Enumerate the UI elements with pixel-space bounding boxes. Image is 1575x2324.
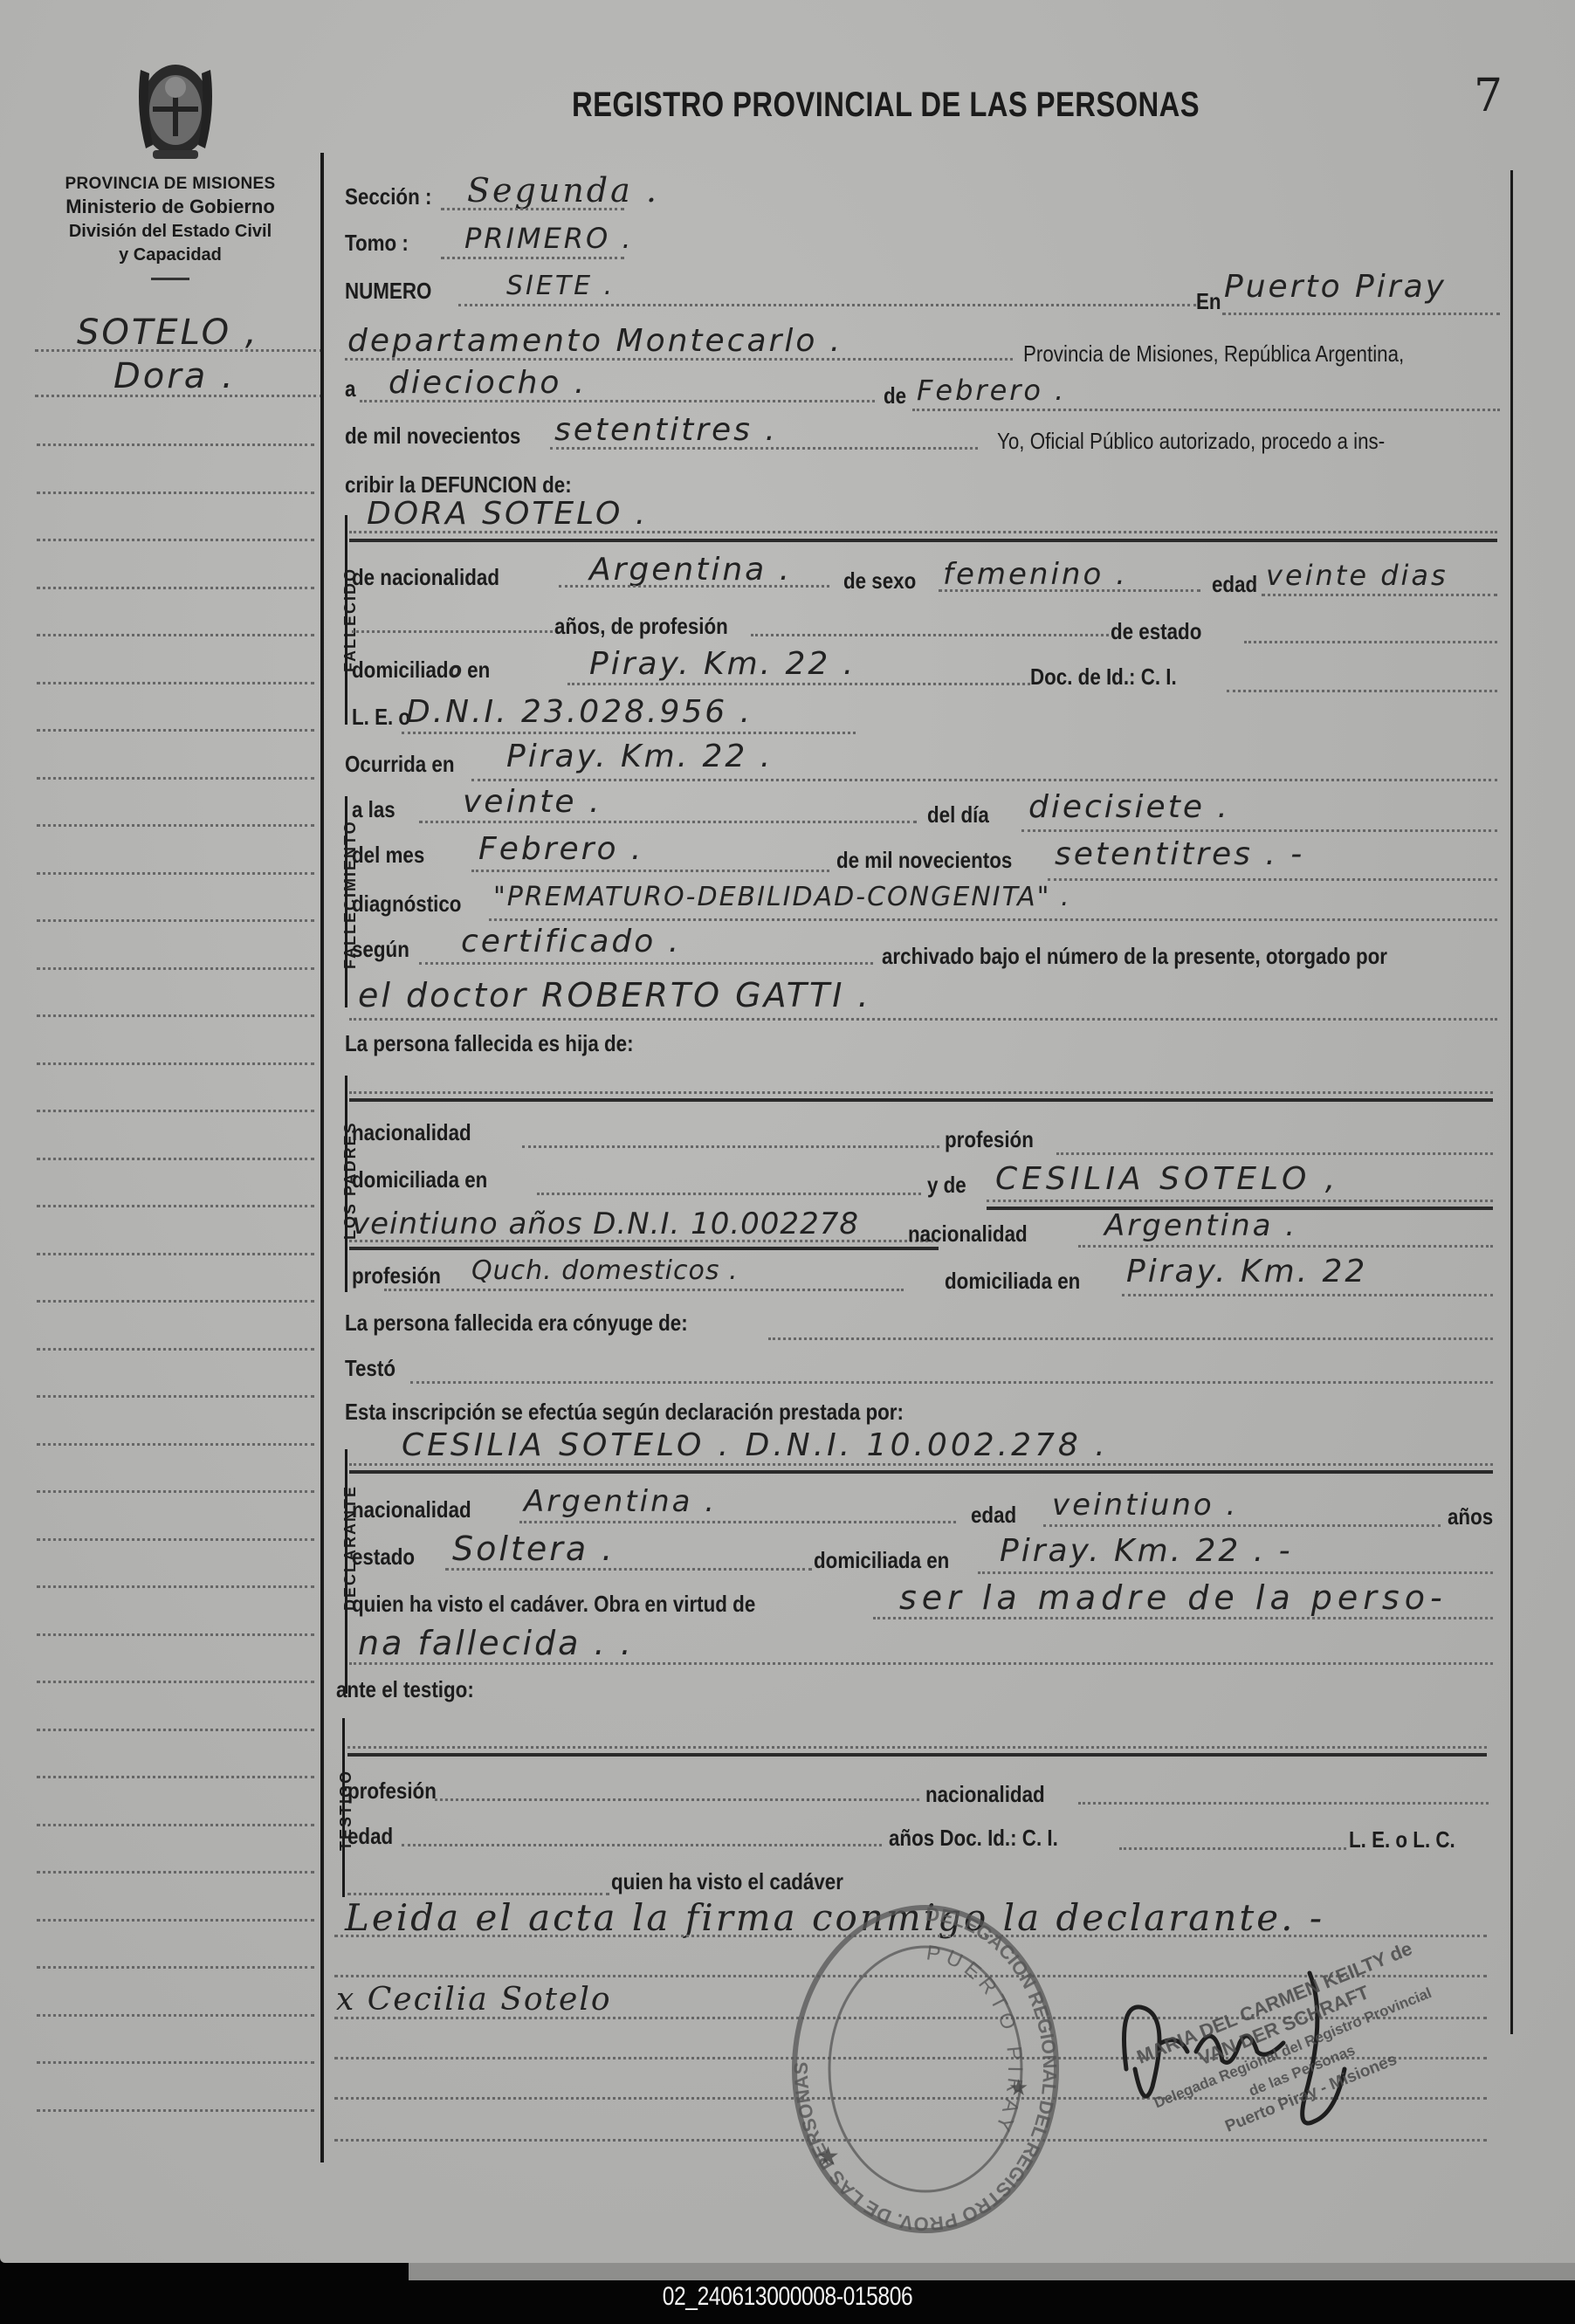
margin-line <box>37 872 314 875</box>
inscribir-text: cribir la DEFUNCION de: <box>345 471 572 498</box>
anio-label: de mil novecientos <box>345 423 520 450</box>
edad-label: edad <box>1212 571 1257 598</box>
archivado-text: archivado bajo el número de la presente,… <box>882 943 1387 970</box>
margin-line <box>37 1681 314 1683</box>
segun-value: certificado . <box>461 924 681 959</box>
page-edge <box>409 2263 1575 2280</box>
field-line <box>458 304 1196 306</box>
madre-nacionalidad-value: Argentina . <box>1104 1208 1297 1243</box>
fallecido-nombre: DORA SOTELO . <box>367 496 648 532</box>
declarante-estado-value: Soltera . <box>452 1530 615 1568</box>
letterhead-division: División del Estado Civil <box>17 222 323 242</box>
a-label: a <box>345 375 355 402</box>
field-line <box>939 589 1200 592</box>
field-line <box>522 1145 939 1148</box>
field-line <box>445 1568 812 1571</box>
field-rule <box>347 1753 1487 1757</box>
letterhead-ministry: Ministerio de Gobierno <box>17 196 323 218</box>
field-line <box>345 358 1013 361</box>
mes-value: Febrero . <box>478 831 643 867</box>
margin-line <box>37 1538 314 1541</box>
margin-line <box>37 1348 314 1351</box>
mes-anio-value: setentitres . - <box>1055 836 1304 872</box>
declarante-intro: Esta inscripción se efectúa según declar… <box>345 1399 904 1426</box>
margin-line <box>37 1253 314 1255</box>
declarante-anios-label: años <box>1448 1503 1493 1530</box>
field-line <box>1078 1245 1493 1248</box>
margin-line <box>37 1395 314 1398</box>
field-line <box>347 1893 609 1895</box>
oficial-text: Yo, Oficial Público autorizado, procedo … <box>997 428 1385 455</box>
domicilio-value: Piray. Km. 22 . <box>589 646 856 682</box>
tomo-value: PRIMERO . <box>464 222 634 255</box>
domicilio-suffix: o <box>449 657 462 684</box>
anio-value: setentitres . <box>554 412 778 448</box>
field-line <box>1222 313 1500 315</box>
edad-value: veinte dias <box>1266 559 1448 592</box>
field-line <box>419 821 917 823</box>
field-line <box>410 1381 1493 1384</box>
margin-line <box>37 777 314 780</box>
seccion-label: Sección : <box>345 183 431 210</box>
field-line <box>349 1662 1493 1665</box>
field-line <box>978 1571 1493 1574</box>
domicilio-label-text: domiciliad <box>352 657 449 683</box>
margin-line <box>37 1110 314 1112</box>
madre-domicilio-label: domiciliada en <box>945 1268 1080 1295</box>
svg-text:★: ★ <box>1008 2074 1028 2101</box>
padre-nacionalidad-label: nacionalidad <box>352 1119 471 1146</box>
field-line <box>550 447 978 450</box>
margin-line <box>37 1919 314 1922</box>
otorgado-value: el doctor ROBERTO GATTI . <box>358 976 871 1014</box>
field-line <box>1122 1294 1493 1296</box>
field-line <box>349 1091 1493 1094</box>
margin-line <box>37 1490 314 1493</box>
tomo-label: Tomo : <box>345 230 409 257</box>
provincial-crest-icon <box>127 52 224 164</box>
field-line <box>419 962 873 965</box>
field-line <box>489 918 1497 921</box>
field-line <box>347 1746 1487 1749</box>
madre-profesion-label: profesión <box>352 1262 441 1289</box>
field-line <box>384 1289 904 1291</box>
margin-line <box>37 587 314 589</box>
margin-line <box>37 1633 314 1636</box>
margin-line <box>37 1824 314 1826</box>
sexo-label: de sexo <box>843 567 916 595</box>
diagnostico-label: diagnóstico <box>352 890 461 918</box>
field-line <box>352 630 553 633</box>
dia-label: del día <box>927 801 989 829</box>
letterhead-province: PROVINCIA DE MISIONES <box>17 175 323 194</box>
field-line <box>751 634 1109 636</box>
estado-label: de estado <box>1111 618 1201 645</box>
anios-profesion-label: años, de profesión <box>554 613 728 640</box>
field-rule <box>349 539 1497 542</box>
nacionalidad-label: de nacionalidad <box>352 564 499 591</box>
declarante-nacionalidad-value: Argentina . <box>524 1484 717 1519</box>
field-line <box>873 1617 1493 1619</box>
field-line <box>402 732 856 734</box>
field-line <box>349 1018 1497 1021</box>
domicilio-en-label: en <box>467 657 490 683</box>
field-line <box>349 531 1497 533</box>
firma-declarante: x Cecilia Sotelo <box>336 1982 612 2018</box>
margin-line <box>37 2014 314 2017</box>
field-line <box>360 400 875 402</box>
hora-value: veinte . <box>463 784 602 820</box>
register-page: PROVINCIA DE MISIONES Ministerio de Gobi… <box>0 0 1575 2263</box>
margin-line <box>35 349 323 352</box>
testigo-doc-label: años Doc. Id.: C. I. <box>889 1825 1058 1852</box>
letterhead-rule <box>151 278 189 280</box>
field-line <box>987 1200 1493 1202</box>
margin-line <box>37 1158 314 1160</box>
margin-line <box>37 967 314 970</box>
field-line <box>1021 829 1497 832</box>
madre-domicilio-value: Piray. Km. 22 <box>1126 1254 1367 1289</box>
margin-line <box>37 539 314 541</box>
field-rule <box>349 1098 1493 1102</box>
margin-line <box>37 824 314 827</box>
margin-line <box>37 682 314 684</box>
le-label: L. E. o <box>352 704 410 731</box>
field-line <box>1056 1152 1493 1155</box>
margin-line <box>37 1300 314 1303</box>
declarante-edad-label: edad <box>971 1502 1016 1529</box>
margin-line <box>35 395 323 397</box>
margin-line <box>37 1966 314 1969</box>
declarante-estado-label: estado <box>352 1544 415 1571</box>
mes-label: del mes <box>352 842 424 869</box>
field-line <box>1048 878 1497 881</box>
margin-line <box>37 443 314 446</box>
y-de-label: y de <box>927 1172 966 1199</box>
margin-line <box>37 1062 314 1065</box>
declarante-nombre: CESILIA SOTELO . D.N.I. 10.002.278 . <box>402 1427 1109 1463</box>
field-line <box>559 585 829 588</box>
en-value: Puerto Piray <box>1224 269 1447 305</box>
testigo-visto-label: quien ha visto el cadáver <box>611 1868 843 1895</box>
margin-surname: SOTELO , <box>77 313 259 353</box>
margin-line <box>37 729 314 732</box>
doc-label: Doc. de Id.: C. I. <box>1030 664 1177 691</box>
seccion-value: Segunda . <box>467 171 659 210</box>
margin-given-name: Dora . <box>113 356 236 396</box>
en-label: En <box>1196 288 1221 315</box>
margin-line <box>37 919 314 922</box>
numero-label: NUMERO <box>345 278 431 305</box>
margin-line <box>37 1585 314 1588</box>
de-label: de <box>884 382 906 409</box>
declarante-domiciliada-label: domiciliada en <box>814 1547 949 1574</box>
field-line <box>912 409 1500 411</box>
padre-profesion-label: profesión <box>945 1126 1034 1153</box>
testigo-profesion-label: profesión <box>347 1777 437 1805</box>
field-line <box>349 1240 939 1242</box>
field-line <box>471 870 829 872</box>
right-border <box>1510 170 1513 2034</box>
declarante-edad-value: veintiuno . <box>1052 1488 1238 1523</box>
field-line <box>402 1844 882 1846</box>
departamento-value: departamento Montecarlo . <box>347 323 843 359</box>
numero-value: SIETE . <box>506 271 615 301</box>
declarante-obra-value-1: ser la madre de la perso- <box>899 1578 1448 1617</box>
field-line <box>1227 690 1497 692</box>
le-value: D.N.I. 23.028.956 . <box>406 694 753 730</box>
svg-text:★: ★ <box>816 2142 840 2171</box>
mes-anio-label: de mil novecientos <box>836 847 1012 874</box>
field-line <box>567 683 1030 685</box>
margin-line <box>37 1776 314 1778</box>
field-line <box>1119 1847 1346 1850</box>
testigo-nacionalidad-label: nacionalidad <box>925 1781 1045 1808</box>
margin-line <box>37 492 314 494</box>
field-line <box>1244 641 1497 643</box>
field-line <box>471 779 1497 781</box>
official-seal-stamp-icon: DELEGACION REGIONAL DEL REGISTRO PROV. D… <box>781 1894 1069 2235</box>
dia-value: diecisiete . <box>1028 789 1230 825</box>
segun-label: según <box>352 936 409 963</box>
testigo-le-label: L. E. o L. C. <box>1349 1826 1455 1853</box>
field-line <box>537 1193 921 1195</box>
declarante-obra-value-2: na fallecida . . <box>358 1624 634 1662</box>
madre-nombre: CESILIA SOTELO , <box>995 1161 1339 1197</box>
nacionalidad-value: Argentina . <box>589 552 792 588</box>
sexo-value: femenino . <box>943 557 1128 592</box>
field-line <box>349 1463 1493 1466</box>
letterhead: PROVINCIA DE MISIONES Ministerio de Gobi… <box>17 175 323 280</box>
margin-line <box>37 2109 314 2112</box>
dia-value: dieciocho . <box>389 365 587 401</box>
field-line <box>1078 1802 1489 1805</box>
field-line <box>1262 594 1497 596</box>
field-line <box>519 1521 956 1523</box>
declarante-obra-label: quien ha visto el cadáver. Obra en virtu… <box>352 1591 755 1618</box>
padre-domiciliada-label: domiciliada en <box>352 1166 487 1193</box>
field-line <box>441 257 624 259</box>
margin-line <box>37 2061 314 2064</box>
hora-label: a las <box>352 796 395 823</box>
testigo-intro: ante el testigo: <box>336 1676 474 1703</box>
field-rule <box>349 1470 1493 1474</box>
testo-label: Testó <box>345 1355 395 1382</box>
margin-line <box>37 1443 314 1446</box>
margin-line <box>37 1871 314 1874</box>
field-line <box>441 208 624 210</box>
field-rule <box>349 1247 939 1250</box>
madre-nacionalidad-label: nacionalidad <box>908 1220 1028 1248</box>
field-line <box>1043 1524 1441 1527</box>
margin-line <box>37 1729 314 1731</box>
testigo-edad-label: edad <box>347 1823 393 1850</box>
declarante-nacionalidad-label: nacionalidad <box>352 1496 471 1523</box>
madre-detalle: veintiuno años D.N.I. 10.002278 <box>352 1207 859 1241</box>
margin-line <box>37 1014 314 1017</box>
padres-intro: La persona fallecida es hija de: <box>345 1030 634 1057</box>
page-title: REGISTRO PROVINCIAL DE LAS PERSONAS <box>572 86 1200 125</box>
field-line <box>768 1337 1493 1340</box>
margin-line <box>37 1205 314 1207</box>
conyuge-label: La persona fallecida era cónyuge de: <box>345 1310 688 1337</box>
domicilio-label: domiciliado en <box>352 657 490 684</box>
file-identifier: 02_240613000008-015806 <box>141 2282 1433 2312</box>
field-line <box>435 1798 919 1801</box>
diagnostico-value: "PREMATURO-DEBILIDAD-CONGENITA" . <box>493 882 1071 912</box>
page-number: 7 <box>1474 70 1503 122</box>
provincia-text: Provincia de Misiones, República Argenti… <box>1023 340 1404 368</box>
ocurrida-value: Piray. Km. 22 . <box>506 739 773 774</box>
declarante-domiciliada-value: Piray. Km. 22 . - <box>1000 1533 1293 1569</box>
madre-profesion-value: Quch. domesticos . <box>471 1255 739 1286</box>
margin-line <box>37 634 314 636</box>
mes-value: Febrero . <box>917 374 1066 407</box>
margin-divider <box>320 153 324 2162</box>
letterhead-capacidad: y Capacidad <box>17 245 323 265</box>
ocurrida-label: Ocurrida en <box>345 751 455 778</box>
